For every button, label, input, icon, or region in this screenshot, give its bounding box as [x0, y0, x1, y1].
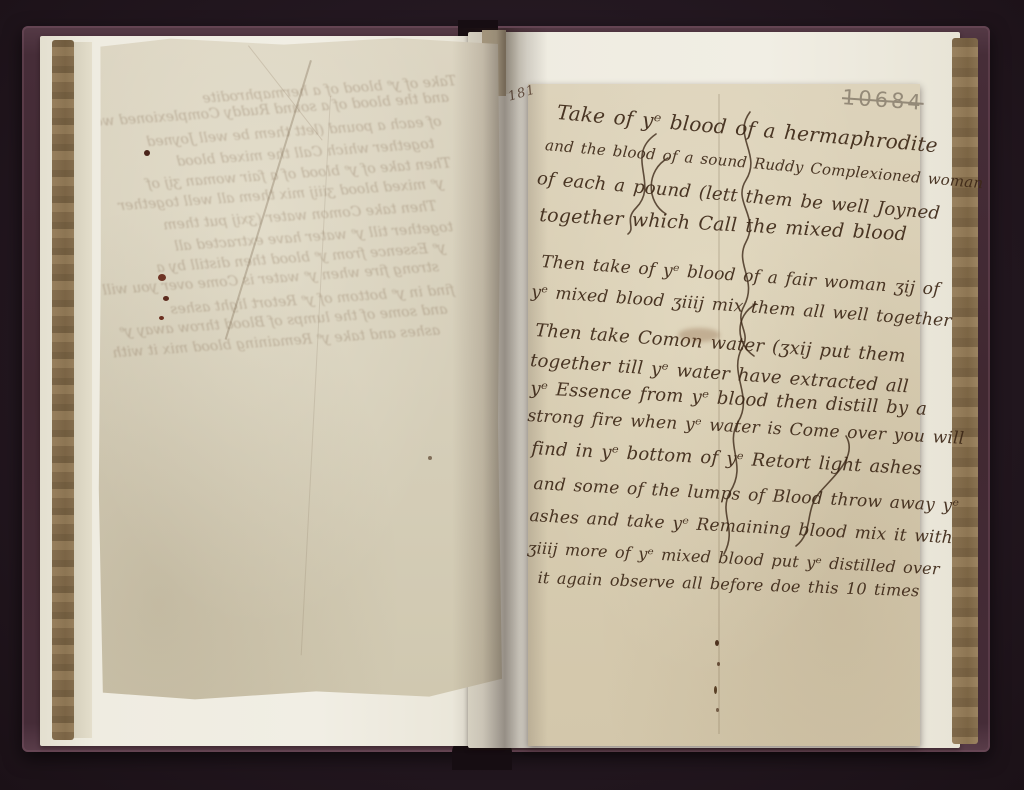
ink-stain [714, 686, 717, 694]
ink-stain [716, 708, 719, 712]
ink-stain [428, 456, 432, 460]
ink-stain [144, 150, 150, 156]
left-page-stack-edge [52, 40, 74, 740]
bleedthrough-text: Take of yᵉ blood of a hermaphroditeand t… [112, 82, 456, 392]
photograph: Take of yᵉ blood of a hermaphroditeand t… [0, 0, 1024, 790]
ink-flourish [528, 84, 920, 746]
ink-stain [163, 296, 169, 301]
ink-stain [715, 640, 719, 646]
left-manuscript-page: Take of yᵉ blood of a hermaphroditeand t… [98, 36, 502, 702]
ink-stain [158, 274, 166, 281]
page-fold-crease [718, 94, 720, 734]
left-page-stack-edge-2 [74, 42, 92, 738]
right-page-stack-edge [952, 38, 978, 744]
ink-stain [717, 662, 720, 666]
ink-stain [159, 316, 164, 320]
ink-smudge [678, 328, 720, 342]
right-manuscript-page: Take of yᵉ blood of a hermaphroditeand t… [528, 84, 920, 746]
